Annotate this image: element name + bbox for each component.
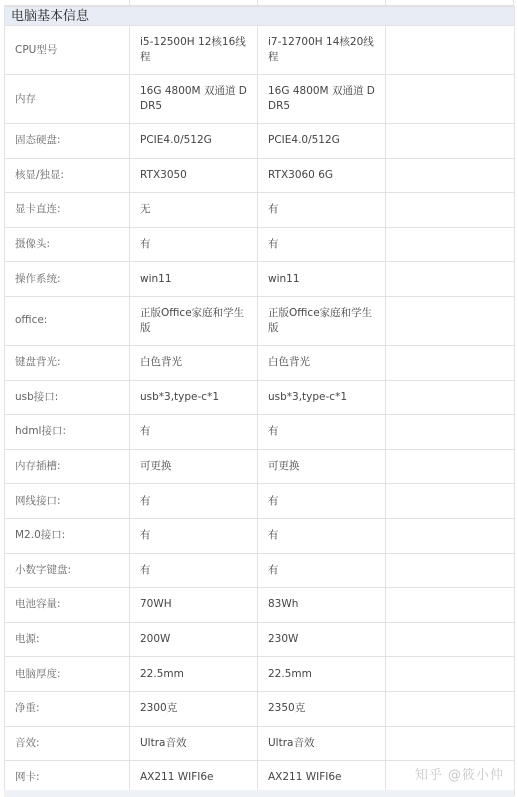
model-a-value: 正版Office家庭和学生版 — [130, 296, 258, 345]
table-row: 键盘背光:白色背光白色背光 — [5, 345, 515, 380]
model-b-value: 有 — [258, 193, 386, 228]
spec-label: 内存插槽: — [5, 449, 130, 484]
model-a-value: PCIE4.0/512G — [130, 124, 258, 159]
model-b-value: i7-12700H 14核20线程 — [258, 26, 386, 75]
spec-label: 网线接口: — [5, 484, 130, 519]
table-row: 音效:Ultra音效Ultra音效 — [5, 726, 515, 761]
model-a-value: 可更换 — [130, 449, 258, 484]
empty-cell — [386, 380, 515, 415]
spec-label: 音效: — [5, 726, 130, 761]
empty-cell — [386, 345, 515, 380]
model-a-value: RTX3050 — [130, 158, 258, 193]
table-row: 显卡直连:无有 — [5, 193, 515, 228]
empty-cell — [386, 622, 515, 657]
model-a-value: 有 — [130, 518, 258, 553]
spec-comparison-table: 电脑基本信息 CPU型号i5-12500H 12核16线程i7-12700H 1… — [4, 6, 515, 796]
model-b-value: win11 — [258, 262, 386, 297]
spec-label: hdml接口: — [5, 415, 130, 450]
model-b-value: 有 — [258, 553, 386, 588]
empty-cell — [386, 227, 515, 262]
model-b-value: usb*3,type-c*1 — [258, 380, 386, 415]
model-b-value: 83Wh — [258, 588, 386, 623]
table-row: office:正版Office家庭和学生版正版Office家庭和学生版 — [5, 296, 515, 345]
empty-cell — [386, 124, 515, 159]
model-a-value: 70WH — [130, 588, 258, 623]
model-b-value: 有 — [258, 518, 386, 553]
empty-cell — [386, 193, 515, 228]
empty-cell — [386, 518, 515, 553]
spec-label: 显卡直连: — [5, 193, 130, 228]
model-a-value: i5-12500H 12核16线程 — [130, 26, 258, 75]
model-a-value: 22.5mm — [130, 657, 258, 692]
spec-label: 净重: — [5, 691, 130, 726]
spec-label: 电池容量: — [5, 588, 130, 623]
spec-label: usb接口: — [5, 380, 130, 415]
spec-label: M2.0接口: — [5, 518, 130, 553]
spec-label: CPU型号 — [5, 26, 130, 75]
table-row: usb接口:usb*3,type-c*1usb*3,type-c*1 — [5, 380, 515, 415]
model-b-value: 16G 4800M 双通道 DDR5 — [258, 75, 386, 124]
table-row: 电源:200W230W — [5, 622, 515, 657]
model-b-value: PCIE4.0/512G — [258, 124, 386, 159]
spec-label: 键盘背光: — [5, 345, 130, 380]
empty-cell — [386, 262, 515, 297]
model-a-value: 16G 4800M 双通道 DDR5 — [130, 75, 258, 124]
section-title: 电脑基本信息 — [5, 7, 515, 26]
model-b-value: 有 — [258, 227, 386, 262]
table-row: 操作系统:win11win11 — [5, 262, 515, 297]
table-row: hdml接口:有有 — [5, 415, 515, 450]
spec-label: 内存 — [5, 75, 130, 124]
table-row: 固态硬盘:PCIE4.0/512GPCIE4.0/512G — [5, 124, 515, 159]
spec-label: 电源: — [5, 622, 130, 657]
table-row: 内存插槽:可更换可更换 — [5, 449, 515, 484]
bottom-bar — [4, 790, 514, 797]
model-b-value: 有 — [258, 415, 386, 450]
empty-cell — [386, 553, 515, 588]
empty-cell — [386, 588, 515, 623]
model-a-value: 白色背光 — [130, 345, 258, 380]
model-b-value: 22.5mm — [258, 657, 386, 692]
spec-label: 摄像头: — [5, 227, 130, 262]
empty-cell — [386, 75, 515, 124]
model-a-value: 200W — [130, 622, 258, 657]
table-row: M2.0接口:有有 — [5, 518, 515, 553]
model-b-value: 白色背光 — [258, 345, 386, 380]
empty-cell — [386, 296, 515, 345]
model-b-value: 有 — [258, 484, 386, 519]
watermark: 知乎 @筱小仲 — [415, 764, 504, 783]
empty-cell — [386, 657, 515, 692]
table-row: 摄像头:有有 — [5, 227, 515, 262]
model-a-value: 有 — [130, 415, 258, 450]
empty-cell — [386, 484, 515, 519]
empty-cell — [386, 26, 515, 75]
empty-cell — [386, 726, 515, 761]
model-b-value: RTX3060 6G — [258, 158, 386, 193]
empty-cell — [386, 158, 515, 193]
model-a-value: 无 — [130, 193, 258, 228]
model-b-value: 正版Office家庭和学生版 — [258, 296, 386, 345]
spec-label: 固态硬盘: — [5, 124, 130, 159]
table-row: 电池容量:70WH83Wh — [5, 588, 515, 623]
model-b-value: 2350克 — [258, 691, 386, 726]
spec-label: office: — [5, 296, 130, 345]
table-row: 净重:2300克2350克 — [5, 691, 515, 726]
model-a-value: usb*3,type-c*1 — [130, 380, 258, 415]
model-b-value: 230W — [258, 622, 386, 657]
spec-label: 核显/独显: — [5, 158, 130, 193]
model-a-value: 有 — [130, 553, 258, 588]
table-row: 网线接口:有有 — [5, 484, 515, 519]
model-a-value: Ultra音效 — [130, 726, 258, 761]
model-a-value: 2300克 — [130, 691, 258, 726]
table-row: 内存16G 4800M 双通道 DDR516G 4800M 双通道 DDR5 — [5, 75, 515, 124]
model-a-value: win11 — [130, 262, 258, 297]
table-row: 核显/独显:RTX3050RTX3060 6G — [5, 158, 515, 193]
spec-label: 电脑厚度: — [5, 657, 130, 692]
empty-cell — [386, 449, 515, 484]
empty-cell — [386, 415, 515, 450]
model-b-value: Ultra音效 — [258, 726, 386, 761]
model-b-value: 可更换 — [258, 449, 386, 484]
spec-label: 操作系统: — [5, 262, 130, 297]
table-row: CPU型号i5-12500H 12核16线程i7-12700H 14核20线程 — [5, 26, 515, 75]
model-a-value: 有 — [130, 227, 258, 262]
table-row: 小数字键盘:有有 — [5, 553, 515, 588]
table-row: 电脑厚度:22.5mm22.5mm — [5, 657, 515, 692]
spec-label: 小数字键盘: — [5, 553, 130, 588]
empty-cell — [386, 691, 515, 726]
spec-table-container: 电脑基本信息 CPU型号i5-12500H 12核16线程i7-12700H 1… — [4, 0, 514, 796]
model-a-value: 有 — [130, 484, 258, 519]
section-header-row: 电脑基本信息 — [5, 7, 515, 26]
